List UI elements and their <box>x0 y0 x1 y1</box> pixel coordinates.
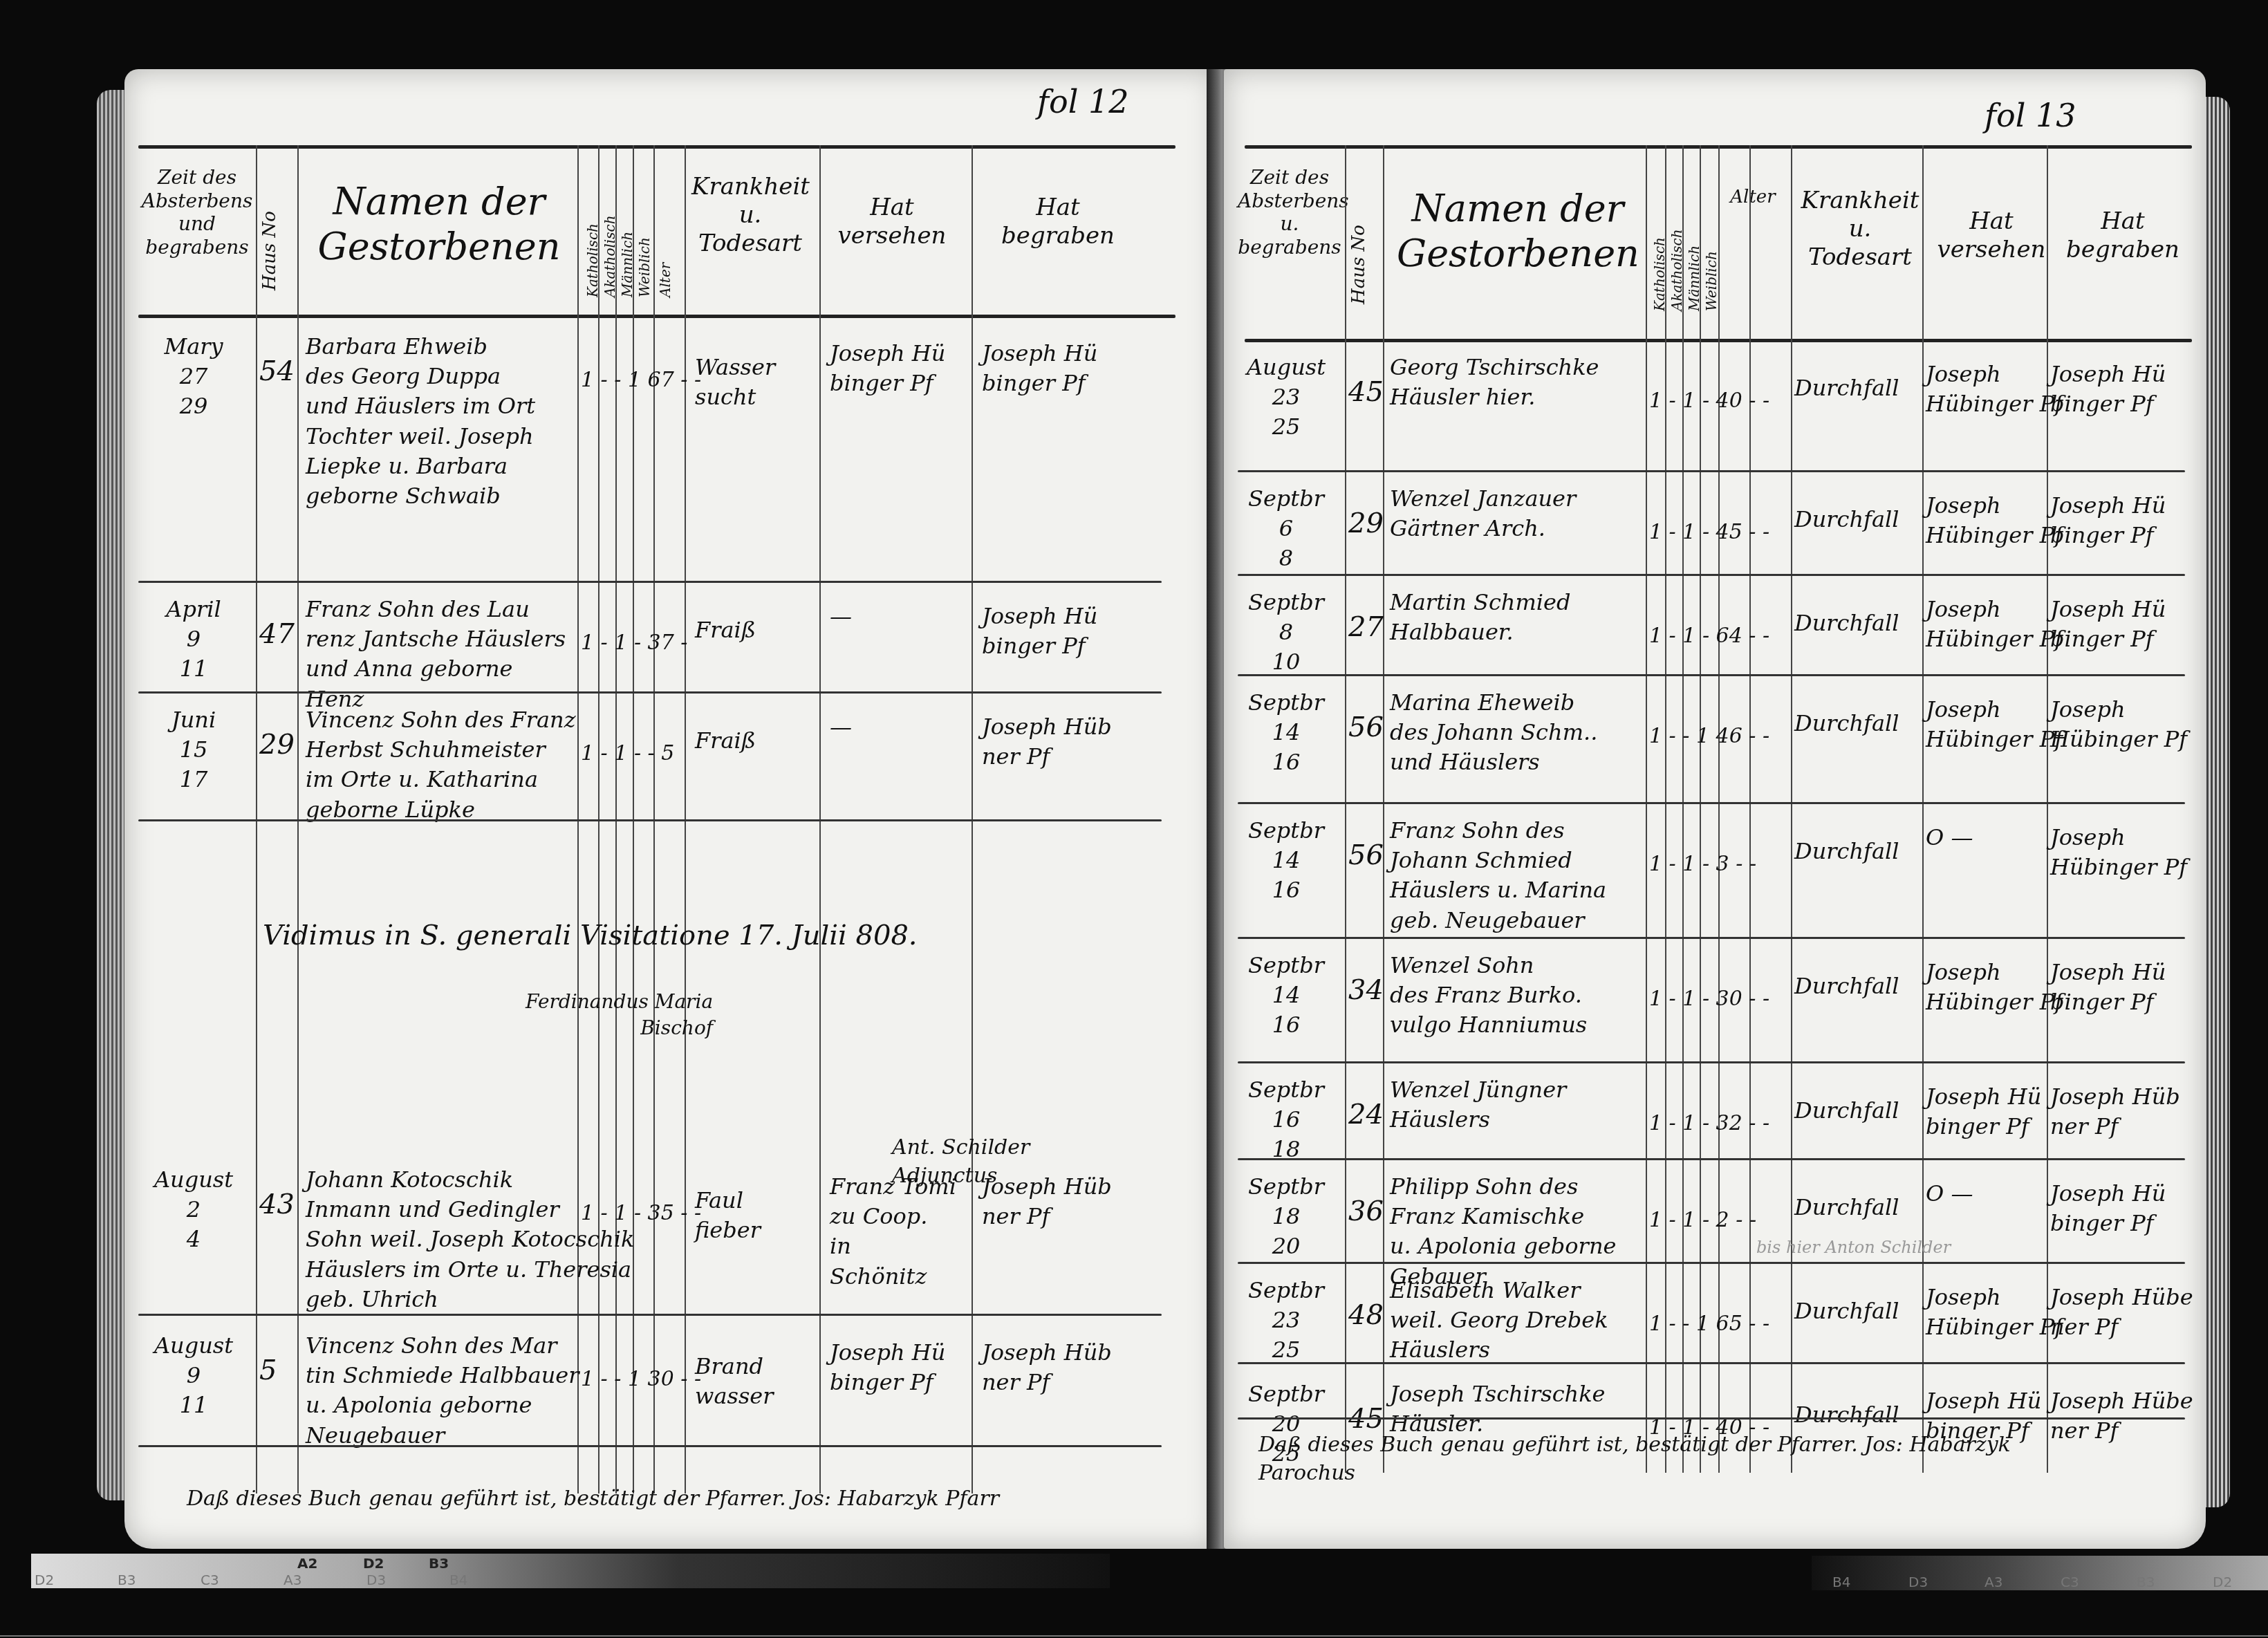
entry-sex-age-marks: 1 - 1 - 32 - - <box>1649 1110 1769 1138</box>
ruler-label: A3 <box>283 1572 301 1588</box>
entry-separator-rule <box>1238 1061 2185 1063</box>
column-rule <box>1718 145 1720 1473</box>
header-bottom-rule <box>138 315 1175 318</box>
visitation-signature: Ferdinandus Maria Bischof <box>526 989 713 1041</box>
entry-date: Septbr 14 16 <box>1234 688 1338 778</box>
entry-separator-rule <box>1238 470 2185 472</box>
entry-cause-of-death: Durchfall <box>1794 971 1899 1001</box>
entry-cause-of-death: Faul fieber <box>695 1186 761 1245</box>
entry-cause-of-death: Durchfall <box>1794 837 1899 866</box>
entry-deceased-name: Franz Sohn des Lau renz Jantsche Häusler… <box>306 595 566 714</box>
entry-provided-by: Joseph Hübinger Pf <box>1926 695 2063 754</box>
entry-provided-by: Joseph Hübinger Pf <box>1926 491 2063 550</box>
entry-provided-by: Joseph Hü binger Pf <box>830 339 945 398</box>
header-buried-by: Hat begraben <box>982 194 1134 250</box>
ruler-label: D2 <box>35 1572 54 1588</box>
entry-provided-by: Joseph Hübinger Pf <box>1926 360 2063 419</box>
entry-sex-age-marks: 1 - 1 - - 5 <box>581 740 674 768</box>
ruler-label: B3 <box>429 1555 449 1572</box>
entry-house-number: 56 <box>1348 837 1384 874</box>
entry-deceased-name: Georg Tschirschke Häusler hier. <box>1390 353 1599 412</box>
entry-sex-age-marks: 1 - 1 - 45 - - <box>1649 519 1769 547</box>
header-female: Weiblich <box>1703 173 1720 311</box>
entry-house-number: 47 <box>259 615 295 653</box>
ruler-label: B4 <box>449 1572 467 1588</box>
entry-house-number: 27 <box>1348 608 1384 646</box>
entry-buried-by: Joseph Hü binger Pf <box>2050 1179 2166 1238</box>
entry-separator-rule <box>1238 1262 2185 1264</box>
entry-sex-age-marks: 1 - 1 - 2 - - <box>1649 1207 1756 1235</box>
header-date: Zeit des Absterbens und begrabens <box>138 166 256 259</box>
entry-buried-by: Joseph Hüb ner Pf <box>2050 1082 2180 1142</box>
entry-house-number: 34 <box>1348 971 1384 1009</box>
entry-house-number: 45 <box>1348 373 1384 411</box>
entry-house-number: 29 <box>1348 505 1384 542</box>
entry-buried-by: Joseph Hübinger Pf <box>2050 823 2187 882</box>
ruler-label: C3 <box>201 1572 219 1588</box>
header-date: Zeit des Absterbens u. begrabens <box>1238 166 1341 259</box>
entry-provided-by: — <box>830 712 852 742</box>
entry-date: August 9 11 <box>142 1331 245 1421</box>
header-provided-by: Hat versehen <box>823 194 961 250</box>
ruler-label: D3 <box>366 1572 386 1588</box>
entry-sex-age-marks: 1 - 1 - 37 - <box>581 629 687 658</box>
header-illness: Krankheit u. Todesart <box>691 173 809 257</box>
faint-annotation: bis hier Anton Schilder <box>1756 1238 1951 1257</box>
entry-deceased-name: Wenzel Jüngner Häuslers <box>1390 1075 1566 1135</box>
column-rule <box>1749 145 1751 1473</box>
entry-buried-by: Joseph Hübe ner Pf <box>2050 1283 2193 1342</box>
entry-deceased-name: Vincenz Sohn des Franz Herbst Schuhmeist… <box>306 705 576 825</box>
entry-separator-rule <box>1238 1158 2185 1160</box>
header-house-no: Haus No <box>259 180 280 290</box>
footer-attestation: Daß dieses Buch genau geführt ist, bestä… <box>187 1487 999 1511</box>
entry-buried-by: Joseph Hü binger Pf <box>2050 360 2166 419</box>
entry-date: August 2 4 <box>142 1165 245 1255</box>
ruler-label: D3 <box>1908 1574 1928 1590</box>
entry-house-number: 54 <box>259 353 295 390</box>
entry-date: Septbr 14 16 <box>1234 816 1338 906</box>
entry-sex-age-marks: 1 - 1 - 64 - - <box>1649 622 1769 651</box>
entry-provided-by: Joseph Hübinger Pf <box>1926 958 2063 1017</box>
entry-buried-by: Joseph Hübinger Pf <box>2050 695 2187 754</box>
entry-sex-age-marks: 1 - - 1 46 - - <box>1649 723 1769 751</box>
entry-cause-of-death: Durchfall <box>1794 709 1899 738</box>
folio-number: fol 12 <box>1037 83 1129 120</box>
header-name: Namen der Gestorbenen <box>311 180 567 270</box>
entry-cause-of-death: Durchfall <box>1794 1096 1899 1126</box>
header-illness: Krankheit u. Todesart <box>1798 187 1922 271</box>
entry-separator-rule <box>138 1445 1162 1447</box>
entry-date: Septbr 18 20 <box>1234 1172 1338 1262</box>
entry-separator-rule <box>1238 674 2185 676</box>
scan-scale-ruler-left: A2D2B3D2B3C3A3D3B4 <box>31 1554 1110 1588</box>
entry-deceased-name: Elisabeth Walker weil. Georg Drebek Häus… <box>1390 1276 1608 1366</box>
entry-sex-age-marks: 1 - 1 - 35 - - <box>581 1200 701 1228</box>
column-rule <box>1383 145 1384 1473</box>
header-female: Weiblich <box>636 159 653 297</box>
entry-date: April 9 11 <box>142 595 245 685</box>
entry-house-number: 5 <box>259 1352 277 1389</box>
entry-separator-rule <box>1238 574 2185 576</box>
entry-deceased-name: Martin Schmied Halbbauer. <box>1390 588 1570 647</box>
ruler-label: A3 <box>1984 1574 2002 1590</box>
entry-cause-of-death: Wasser sucht <box>695 353 775 412</box>
entry-provided-by: Joseph Hü binger Pf <box>830 1338 945 1397</box>
header-age: Alter <box>1722 187 1784 208</box>
entry-deceased-name: Franz Sohn des Johann Schmied Häuslers u… <box>1390 816 1606 936</box>
ruler-label: D2 <box>2213 1574 2232 1590</box>
entry-separator-rule <box>1238 937 2185 939</box>
entry-house-number: 56 <box>1348 709 1384 746</box>
entry-separator-rule <box>1238 1362 2185 1364</box>
entry-deceased-name: Wenzel Janzauer Gärtner Arch. <box>1390 484 1576 543</box>
entry-separator-rule <box>138 581 1162 583</box>
entry-buried-by: Joseph Hüb ner Pf <box>982 712 1112 772</box>
footer-attestation: Daß dieses Buch genau geführt ist, bestä… <box>1258 1431 2011 1487</box>
entry-separator-rule <box>1238 1417 2185 1420</box>
entry-deceased-name: Joseph Tschirschke Häusler. <box>1390 1379 1606 1439</box>
entry-provided-by: Joseph Hübinger Pf <box>1926 595 2063 654</box>
entry-house-number: 24 <box>1348 1096 1384 1133</box>
entry-date: Septbr 16 18 <box>1234 1075 1338 1165</box>
entry-sex-age-marks: 1 - - 1 67 - - <box>581 366 701 395</box>
entry-provided-by: Joseph Hü binger Pf <box>1926 1082 2041 1142</box>
header-top-rule <box>138 145 1175 149</box>
entry-deceased-name: Wenzel Sohn des Franz Burko. vulgo Hanni… <box>1390 951 1587 1041</box>
column-rule <box>1791 145 1792 1473</box>
ruler-label: A2 <box>297 1555 317 1572</box>
header-buried-by: Hat begraben <box>2054 207 2192 264</box>
entry-house-number: 29 <box>259 726 295 763</box>
ruler-label: B4 <box>1832 1574 1850 1590</box>
entry-date: Septbr 14 16 <box>1234 951 1338 1041</box>
entry-buried-by: Joseph Hü binger Pf <box>982 602 1097 661</box>
entry-date: Mary 27 29 <box>142 332 245 422</box>
entry-separator-rule <box>138 819 1162 821</box>
entry-cause-of-death: Durchfall <box>1794 1193 1899 1222</box>
entry-buried-by: Joseph Hüb ner Pf <box>982 1338 1112 1397</box>
entry-cause-of-death: Durchfall <box>1794 1296 1899 1326</box>
ruler-label: B3 <box>2137 1574 2155 1590</box>
entry-sex-age-marks: 1 - 1 - 3 - - <box>1649 850 1756 879</box>
entry-provided-by: O — <box>1926 823 1973 853</box>
open-register-book: fol 12 Zeit des Absterbens und begrabens… <box>97 41 2171 1556</box>
entry-deceased-name: Philipp Sohn des Franz Kamischke u. Apol… <box>1390 1172 1616 1292</box>
entry-cause-of-death: Durchfall <box>1794 373 1899 403</box>
entry-buried-by: Joseph Hü binger Pf <box>2050 958 2166 1017</box>
entry-cause-of-death: Durchfall <box>1794 1400 1899 1430</box>
ruler-label: D2 <box>363 1555 384 1572</box>
column-rule <box>1922 145 1924 1473</box>
ruler-label: B3 <box>118 1572 136 1588</box>
entry-cause-of-death: Durchfall <box>1794 505 1899 534</box>
correction-signature: Ant. Schilder Adjunctus <box>892 1134 1030 1190</box>
entry-provided-by: O — <box>1926 1179 1973 1209</box>
scan-scale-ruler-right: B4D3A3C3B3D2 <box>1812 1556 2268 1590</box>
entry-separator-rule <box>138 691 1162 694</box>
entry-date: Septbr 23 25 <box>1234 1276 1338 1366</box>
entry-sex-age-marks: 1 - - 1 65 - - <box>1649 1310 1769 1339</box>
entry-deceased-name: Johann Kotocschik Inmann und Gedingler S… <box>306 1165 634 1314</box>
entry-sex-age-marks: 1 - 1 - 40 - - <box>1649 387 1769 416</box>
entry-deceased-name: Barbara Ehweib des Georg Duppa und Häusl… <box>306 332 535 511</box>
entry-buried-by: Joseph Hübe ner Pf <box>2050 1386 2193 1446</box>
entry-separator-rule <box>138 1314 1162 1316</box>
header-name: Namen der Gestorbenen <box>1397 187 1639 277</box>
header-house-no: Haus No <box>1348 194 1369 304</box>
entry-date: Septbr 8 10 <box>1234 588 1338 678</box>
column-rule <box>1345 145 1346 1473</box>
column-rule <box>2047 145 2048 1473</box>
entry-cause-of-death: Brand wasser <box>695 1352 774 1411</box>
ruler-label: C3 <box>2061 1574 2079 1590</box>
entry-house-number: 48 <box>1348 1296 1384 1334</box>
scan-bottom-border <box>0 1635 2268 1637</box>
visitation-note: Vidimus in S. generali Visitatione 17. J… <box>263 920 918 951</box>
header-age: Alter <box>657 159 673 297</box>
right-page: fol 13 Zeit des Absterbens u. begrabens … <box>1224 69 2206 1549</box>
entry-separator-rule <box>1238 802 2185 804</box>
entry-sex-age-marks: 1 - 1 - 30 - - <box>1649 985 1769 1014</box>
entry-buried-by: Joseph Hü binger Pf <box>982 339 1097 398</box>
folio-number: fol 13 <box>1984 97 2076 134</box>
entry-date: Septbr 6 8 <box>1234 484 1338 574</box>
entry-cause-of-death: Fraiß <box>695 726 756 756</box>
entry-cause-of-death: Durchfall <box>1794 608 1899 638</box>
entry-date: August 23 25 <box>1234 353 1338 443</box>
entry-provided-by: Joseph Hübinger Pf <box>1926 1283 2063 1342</box>
column-rule <box>1646 145 1647 1473</box>
header-provided-by: Hat versehen <box>1929 207 2054 264</box>
entry-cause-of-death: Fraiß <box>695 615 756 645</box>
entry-buried-by: Joseph Hü binger Pf <box>2050 491 2166 550</box>
entry-provided-by: — <box>830 602 852 631</box>
left-page: fol 12 Zeit des Absterbens und begrabens… <box>124 69 1217 1549</box>
column-rule <box>1665 145 1666 1473</box>
entry-deceased-name: Marina Eheweib des Johann Schm.. und Häu… <box>1390 688 1597 778</box>
column-rule <box>1700 145 1701 1473</box>
entry-deceased-name: Vincenz Sohn des Mar tin Schmiede Halbba… <box>306 1331 579 1451</box>
entry-house-number: 36 <box>1348 1193 1384 1230</box>
entry-date: Juni 15 17 <box>142 705 245 795</box>
column-rule <box>1682 145 1684 1473</box>
entry-buried-by: Joseph Hü binger Pf <box>2050 595 2166 654</box>
entry-house-number: 43 <box>259 1186 295 1223</box>
entry-sex-age-marks: 1 - - 1 30 - - <box>581 1366 701 1394</box>
